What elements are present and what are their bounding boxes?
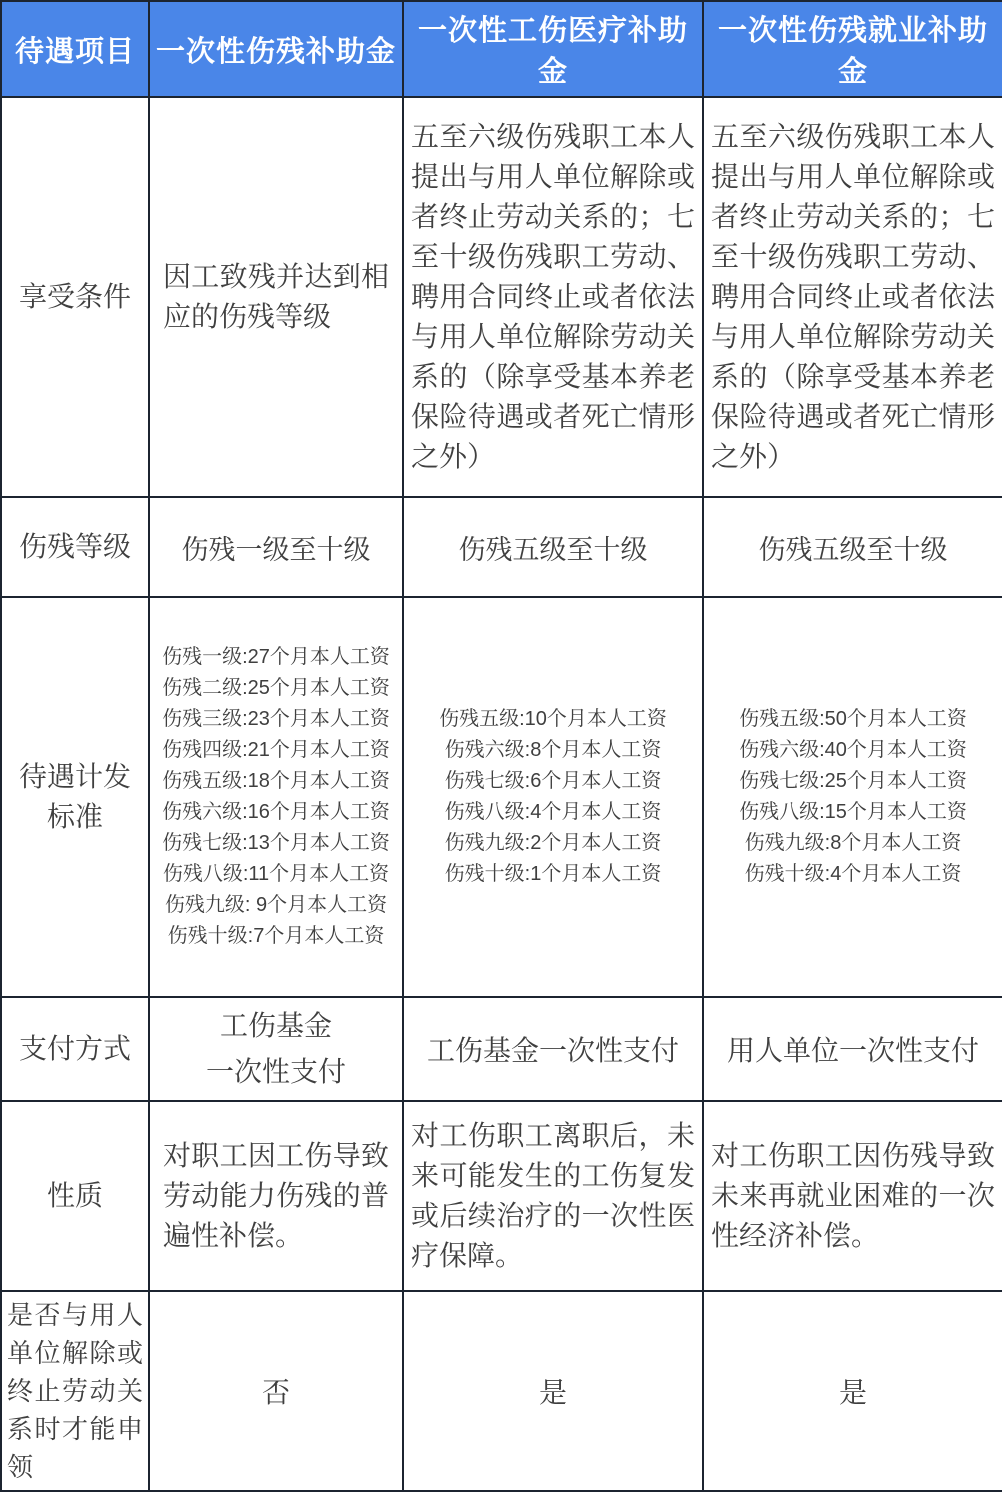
nature-medical-subsidy-cell: 对工伤职工离职后，未来可能发生的工伤复发或后续治疗的一次性医疗保障。 (403, 1101, 703, 1291)
disability-level-medical-subsidy-cell: 伤残五级至十级 (403, 497, 703, 597)
row-payment-method: 支付方式 工伤基金 一次性支付 工伤基金一次性支付 用人单位一次性支付 (1, 997, 1002, 1101)
payment-method-disability-subsidy-cell: 工伤基金 一次性支付 (149, 997, 403, 1101)
nature-employment-subsidy-cell: 对工伤职工因伤残导致未来再就业困难的一次性经济补偿。 (703, 1101, 1002, 1291)
work-injury-benefits-page: 待遇项目 一次性伤残补助金 一次性工伤医疗补助金 一次性伤残就业补助金 享受条件… (0, 0, 1002, 1505)
payment-method-row-label: 支付方式 (1, 997, 149, 1101)
calculation-standard-disability-subsidy-cell: 伤残一级:27个月本人工资 伤残二级:25个月本人工资 伤残三级:23个月本人工… (149, 597, 403, 997)
termination-required-employment-subsidy-cell: 是 (703, 1291, 1002, 1491)
eligibility-disability-subsidy-cell: 因工致残并达到相应的伤残等级 (149, 97, 403, 497)
row-eligibility: 享受条件 因工致残并达到相应的伤残等级 五至六级伤残职工本人提出与用人单位解除或… (1, 97, 1002, 497)
disability-level-employment-subsidy-cell: 伤残五级至十级 (703, 497, 1002, 597)
row-termination-required: 是否与用人单位解除或终止劳动关系时才能申领 否 是 是 (1, 1291, 1002, 1491)
row-disability-level: 伤残等级 伤残一级至十级 伤残五级至十级 伤残五级至十级 (1, 497, 1002, 597)
termination-required-disability-subsidy-cell: 否 (149, 1291, 403, 1491)
row-nature: 性质 对职工因工伤导致劳动能力伤残的普遍性补偿。 对工伤职工离职后，未来可能发生… (1, 1101, 1002, 1291)
disability-level-disability-subsidy-cell: 伤残一级至十级 (149, 497, 403, 597)
calculation-standard-row-label: 待遇计发标准 (1, 597, 149, 997)
termination-required-row-label: 是否与用人单位解除或终止劳动关系时才能申领 (1, 1291, 149, 1491)
payment-method-medical-subsidy-cell: 工伤基金一次性支付 (403, 997, 703, 1101)
eligibility-row-label: 享受条件 (1, 97, 149, 497)
header-one-time-employment-subsidy: 一次性伤残就业补助金 (703, 1, 1002, 97)
calculation-standard-medical-subsidy-cell: 伤残五级:10个月本人工资 伤残六级:8个月本人工资 伤残七级:6个月本人工资 … (403, 597, 703, 997)
benefits-comparison-table: 待遇项目 一次性伤残补助金 一次性工伤医疗补助金 一次性伤残就业补助金 享受条件… (0, 0, 1002, 1492)
eligibility-employment-subsidy-cell: 五至六级伤残职工本人提出与用人单位解除或者终止劳动关系的；七至十级伤残职工劳动、… (703, 97, 1002, 497)
calculation-standard-employment-subsidy-cell: 伤残五级:50个月本人工资 伤残六级:40个月本人工资 伤残七级:25个月本人工… (703, 597, 1002, 997)
header-row: 待遇项目 一次性伤残补助金 一次性工伤医疗补助金 一次性伤残就业补助金 (1, 1, 1002, 97)
termination-required-medical-subsidy-cell: 是 (403, 1291, 703, 1491)
nature-disability-subsidy-cell: 对职工因工伤导致劳动能力伤残的普遍性补偿。 (149, 1101, 403, 1291)
disability-level-row-label: 伤残等级 (1, 497, 149, 597)
payment-method-employment-subsidy-cell: 用人单位一次性支付 (703, 997, 1002, 1101)
header-one-time-medical-subsidy: 一次性工伤医疗补助金 (403, 1, 703, 97)
nature-row-label: 性质 (1, 1101, 149, 1291)
eligibility-medical-subsidy-cell: 五至六级伤残职工本人提出与用人单位解除或者终止劳动关系的；七至十级伤残职工劳动、… (403, 97, 703, 497)
row-calculation-standard: 待遇计发标准 伤残一级:27个月本人工资 伤残二级:25个月本人工资 伤残三级:… (1, 597, 1002, 997)
header-treatment-item: 待遇项目 (1, 1, 149, 97)
header-one-time-disability-subsidy: 一次性伤残补助金 (149, 1, 403, 97)
